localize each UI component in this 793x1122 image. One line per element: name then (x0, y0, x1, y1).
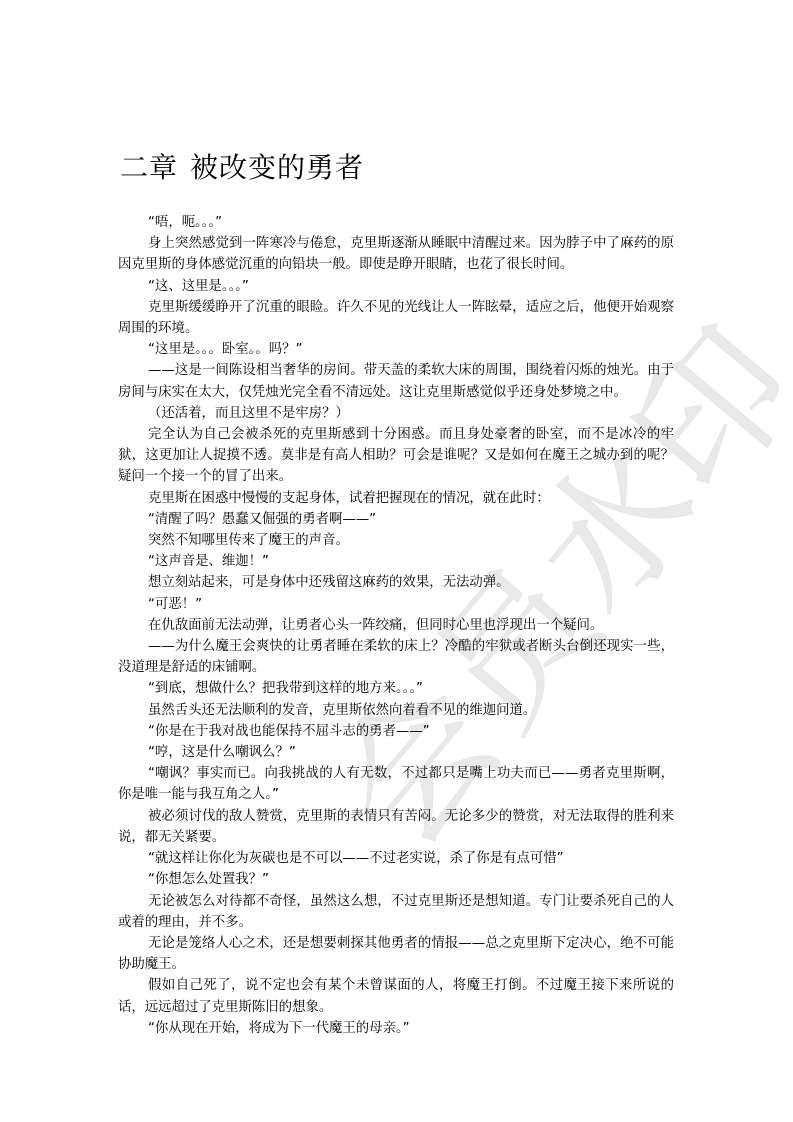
paragraph: 在仇敌面前无法动弹，让勇者心头一阵绞痛，但同时心里也浮现出一个疑问。 (118, 615, 674, 636)
paragraph: ——为什么魔王会爽快的让勇者睡在柔软的床上？冷酷的牢狱或者断头台倒还现实一些，没… (118, 636, 674, 678)
paragraph: 虽然舌头还无法顺利的发音，克里斯依然向着看不见的维迦问道。 (118, 700, 674, 721)
paragraph: “就这样让你化为灰碳也是不可以——不过老实说，杀了你是有点可惜” (118, 848, 674, 869)
paragraph: 身上突然感觉到一阵寒冷与倦怠，克里斯逐渐从睡眠中清醒过来。因为脖子中了麻药的原因… (118, 233, 674, 275)
paragraph: “唔，呃。。。” (118, 212, 674, 233)
chapter-name: 被改变的勇者 (190, 151, 364, 184)
paragraph: “你从现在开始，将成为下一代魔王的母亲。” (118, 1018, 674, 1039)
paragraph: “这、这里是。。。” (118, 276, 674, 297)
paragraph: “可恶！” (118, 594, 674, 615)
paragraph: “清醒了吗？愚蠢又倔强的勇者啊——” (118, 509, 674, 530)
paragraph: 假如自己死了，说不定也会有某个未曾谋面的人，将魔王打倒。不过魔王接下来所说的话，… (118, 975, 674, 1017)
paragraph: 无论被怎么对待都不奇怪，虽然这么想，不过克里斯还是想知道。专门让要杀死自己的人或… (118, 891, 674, 933)
document-page: 会员水印 二章被改变的勇者 “唔，呃。。。” 身上突然感觉到一阵寒冷与倦怠，克里… (0, 0, 793, 1122)
paragraph: 克里斯在困惑中慢慢的支起身体，试着把握现在的情况，就在此时： (118, 488, 674, 509)
paragraph: “这声音是、维迦！” (118, 551, 674, 572)
paragraph: 无论是笼络人心之术，还是想要刺探其他勇者的情报——总之克里斯下定决心，绝不可能协… (118, 933, 674, 975)
paragraph: “到底，想做什么？把我带到这样的地方来。。。” (118, 678, 674, 699)
chapter-title: 二章被改变的勇者 (120, 146, 364, 186)
paragraph: “嘲讽？事实而已。向我挑战的人有无数，不过都只是嘴上功夫而已——勇者克里斯啊，你… (118, 763, 674, 805)
paragraph: 突然不知哪里传来了魔王的声音。 (118, 530, 674, 551)
paragraph: “你想怎么处置我？” (118, 869, 674, 890)
paragraph: 被必须讨伐的敌人赞赏，克里斯的表情只有苦闷。无论多少的赞赏，对无法取得的胜利来说… (118, 806, 674, 848)
paragraph: ——这是一间陈设相当奢华的房间。带天盖的柔软大床的周围，围绕着闪烁的烛光。由于房… (118, 360, 674, 402)
paragraph: “你是在于我对战也能保持不屈斗志的勇者——” (118, 721, 674, 742)
chapter-body: “唔，呃。。。” 身上突然感觉到一阵寒冷与倦怠，克里斯逐渐从睡眠中清醒过来。因为… (118, 212, 674, 1039)
paragraph: 想立刻站起来，可是身体中还残留这麻药的效果，无法动弹。 (118, 572, 674, 593)
paragraph: 克里斯缓缓睁开了沉重的眼睑。许久不见的光线让人一阵眩晕，适应之后，他便开始观察周… (118, 297, 674, 339)
chapter-number: 二章 (120, 151, 178, 184)
paragraph: 完全认为自己会被杀死的克里斯感到十分困惑。而且身处豪奢的卧室，而不是冰冷的牢狱，… (118, 424, 674, 488)
paragraph: “这里是。。。卧室。。吗？” (118, 339, 674, 360)
paragraph: “哼，这是什么嘲讽么？” (118, 742, 674, 763)
paragraph: （还活着，而且这里不是牢房？） (118, 403, 674, 424)
